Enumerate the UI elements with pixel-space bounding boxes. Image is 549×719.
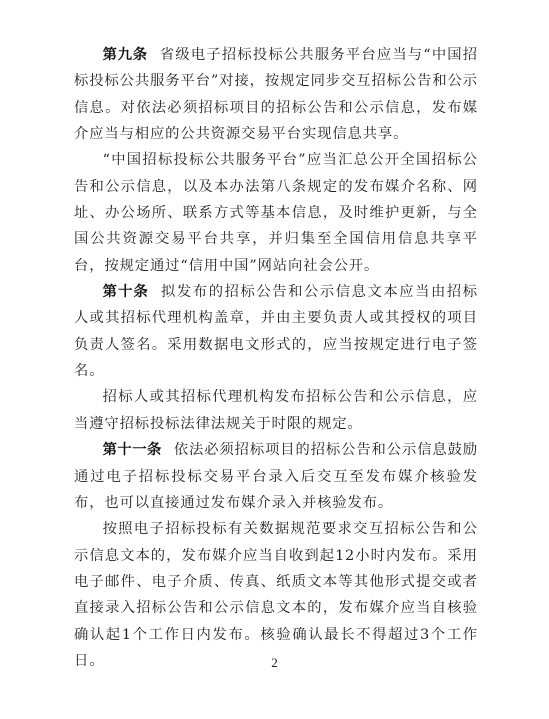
article-heading: 第十条 xyxy=(103,284,149,300)
page-number: 2 xyxy=(0,655,549,671)
paragraph-article-11: 第十一条依法必须招标项目的招标公告和公示信息鼓励通过电子招标投标交易平台录入后交… xyxy=(74,437,478,516)
paragraph-text: “中国招标投标公共服务平台”应当汇总公开全国招标公告和公示信息，以及本办法第八条… xyxy=(74,152,478,273)
paragraph-platform-summary: “中国招标投标公共服务平台”应当汇总公开全国招标公告和公示信息，以及本办法第八条… xyxy=(74,147,478,279)
document-body: 第九条省级电子招标投标公共服务平台应当与“中国招标投标公共服务平台”对接，按规定… xyxy=(74,42,478,674)
article-heading: 第十一条 xyxy=(103,442,162,458)
paragraph-text: 按照电子招标投标有关数据规范要求交互招标公告和公示信息文本的，发布媒介应当自收到… xyxy=(74,521,478,669)
paragraph-text: 招标人或其招标代理机构发布招标公告和公示信息，应当遵守招标投标法律法规关于时限的… xyxy=(74,389,478,431)
article-heading: 第九条 xyxy=(103,47,148,63)
paragraph-article-10: 第十条拟发布的招标公告和公示信息文本应当由招标人或其招标代理机构盖章，并由主要负… xyxy=(74,279,478,384)
paragraph-publish-deadlines: 按照电子招标投标有关数据规范要求交互招标公告和公示信息文本的，发布媒介应当自收到… xyxy=(74,516,478,674)
document-page: 第九条省级电子招标投标公共服务平台应当与“中国招标投标公共服务平台”对接，按规定… xyxy=(0,0,549,719)
paragraph-article-9: 第九条省级电子招标投标公共服务平台应当与“中国招标投标公共服务平台”对接，按规定… xyxy=(74,42,478,147)
paragraph-time-limit: 招标人或其招标代理机构发布招标公告和公示信息，应当遵守招标投标法律法规关于时限的… xyxy=(74,384,478,437)
